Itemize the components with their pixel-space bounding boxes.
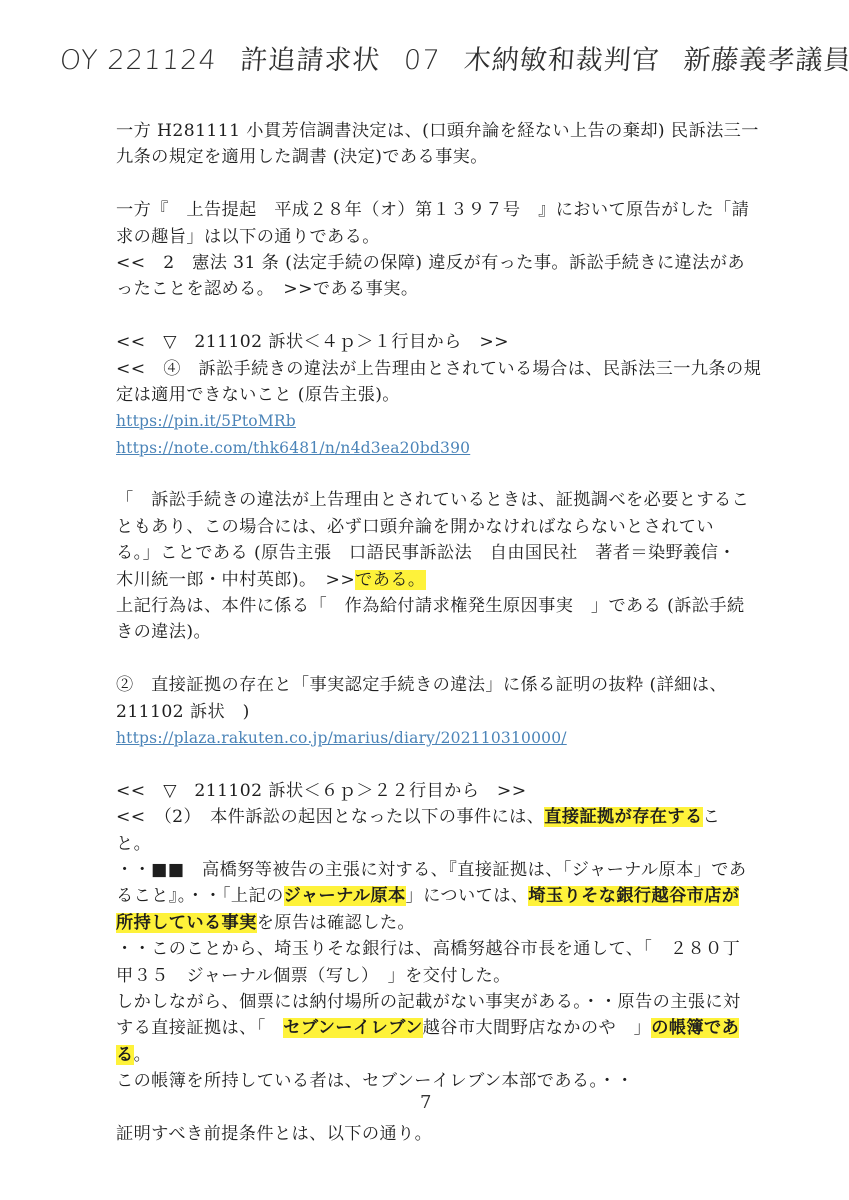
text-line: ・・このことから、埼玉りそな銀行は、高橋努越谷市長を通して、「 ２８０丁	[116, 936, 796, 962]
document-body: 一方 H281111 小貫芳信調書決定は、(口頭弁論を経ない上告の棄却) 民訴法…	[116, 118, 796, 1147]
highlighted-text: 直接証拠が存在する	[544, 807, 702, 827]
handwritten-date: OY 221124	[59, 45, 218, 76]
text-segment: ること』。・・「上記の	[116, 886, 284, 906]
text-segment: 木川統一郎・中村英郎)。 >>	[116, 570, 355, 590]
text-line: と。	[116, 831, 796, 857]
text-line: しかしながら、個票には納付場所の記載がない事実がある。・・原告の主張に対	[116, 989, 796, 1015]
text-segment: 。	[134, 1045, 152, 1065]
text-line: 定は適用できないこと (原告主張)。	[116, 382, 796, 408]
text-segment: を原告は確認した。	[257, 913, 415, 933]
text-line: ② 直接証拠の存在と「事実認定手続きの違法」に係る証明の抜粋 (詳細は、	[116, 672, 796, 698]
text-line: 求の趣旨」は以下の通りである。	[116, 224, 796, 250]
text-line: 証明すべき前提条件とは、以下の通り。	[116, 1121, 796, 1147]
highlighted-text: セブンーイレブン	[283, 1018, 422, 1038]
text-line: 甲３５ ジャーナル個票（写し） 」を交付した。	[116, 963, 796, 989]
link-rakuten[interactable]: https://plaza.rakuten.co.jp/marius/diary…	[116, 729, 567, 747]
text-line: る。」ことである (原告主張 口語民事訴訟法 自由国民社 著者＝染野義信・	[116, 540, 796, 566]
text-line: << ④ 訴訟手続きの違法が上告理由とされている場合は、民訴法三一九条の規	[116, 356, 796, 382]
handwritten-member: 新藤義孝議員	[682, 45, 849, 76]
text-line: ったことを認める。 >>である事実。	[116, 276, 796, 302]
highlighted-text: る	[116, 1045, 134, 1065]
text-line: 一方 H281111 小貫芳信調書決定は、(口頭弁論を経ない上告の棄却) 民訴法…	[116, 118, 796, 144]
page-number: 7	[420, 1092, 431, 1113]
text-line: << ▽ 211102 訴状＜６ｐ＞２２行目から >>	[116, 778, 796, 804]
highlighted-text: の帳簿であ	[651, 1018, 739, 1038]
text-line: 211102 訴状 )	[116, 699, 796, 725]
text-line: << 2 憲法 31 条 (法定手続の保障) 違反が有った事。訴訟手続きに違法が…	[116, 250, 796, 276]
text-line: << ▽ 211102 訴状＜４ｐ＞１行目から >>	[116, 329, 796, 355]
link-note[interactable]: https://note.com/thk6481/n/n4d3ea20bd390	[116, 439, 470, 457]
text-line: この帳簿を所持している者は、セブンーイレブン本部である。・・	[116, 1068, 796, 1094]
highlighted-text: である。	[355, 570, 425, 590]
text-line: ともあり、この場合には、必ず口頭弁論を開かなければならないとされてい	[116, 514, 796, 540]
handwritten-judge: 木納敏和裁判官	[463, 45, 661, 76]
highlighted-text: 埼玉りそな銀行越谷市店が	[528, 886, 739, 906]
text-segment: 」については、	[406, 886, 529, 906]
highlighted-text: 所持している事実	[116, 913, 257, 933]
text-line: 九条の規定を適用した調書 (決定)である事実。	[116, 144, 796, 170]
handwritten-header: OY 221124 許追請求状 07 木納敏和裁判官 新藤義孝議員	[59, 38, 802, 77]
text-segment: 越谷市大間野店なかのや 」	[423, 1018, 652, 1038]
link-pin[interactable]: https://pin.it/5PtoMRb	[116, 412, 296, 430]
text-line: 上記行為は、本件に係る「 作為給付請求権発生原因事実 」である (訴訟手続	[116, 593, 796, 619]
handwritten-number: 07	[403, 45, 442, 76]
text-line: ・・■■ 高橋努等被告の主張に対する、『直接証拠は、「ジャーナル原本」であ	[116, 857, 796, 883]
text-line: 一方『 上告提起 平成２８年（オ）第１３９７号 』において原告がした「請	[116, 197, 796, 223]
highlighted-text: ジャーナル原本	[284, 886, 406, 906]
text-segment: こ	[703, 807, 721, 827]
handwritten-doc-type: 許追請求状	[239, 45, 381, 76]
text-line: 「 訴訟手続きの違法が上告理由とされているときは、証拠調べを必要とするこ	[116, 487, 796, 513]
text-segment: << （2） 本件訴訟の起因となった以下の事件には、	[116, 807, 544, 827]
text-segment: する直接証拠は、「	[116, 1018, 283, 1038]
text-line: きの違法)。	[116, 619, 796, 645]
